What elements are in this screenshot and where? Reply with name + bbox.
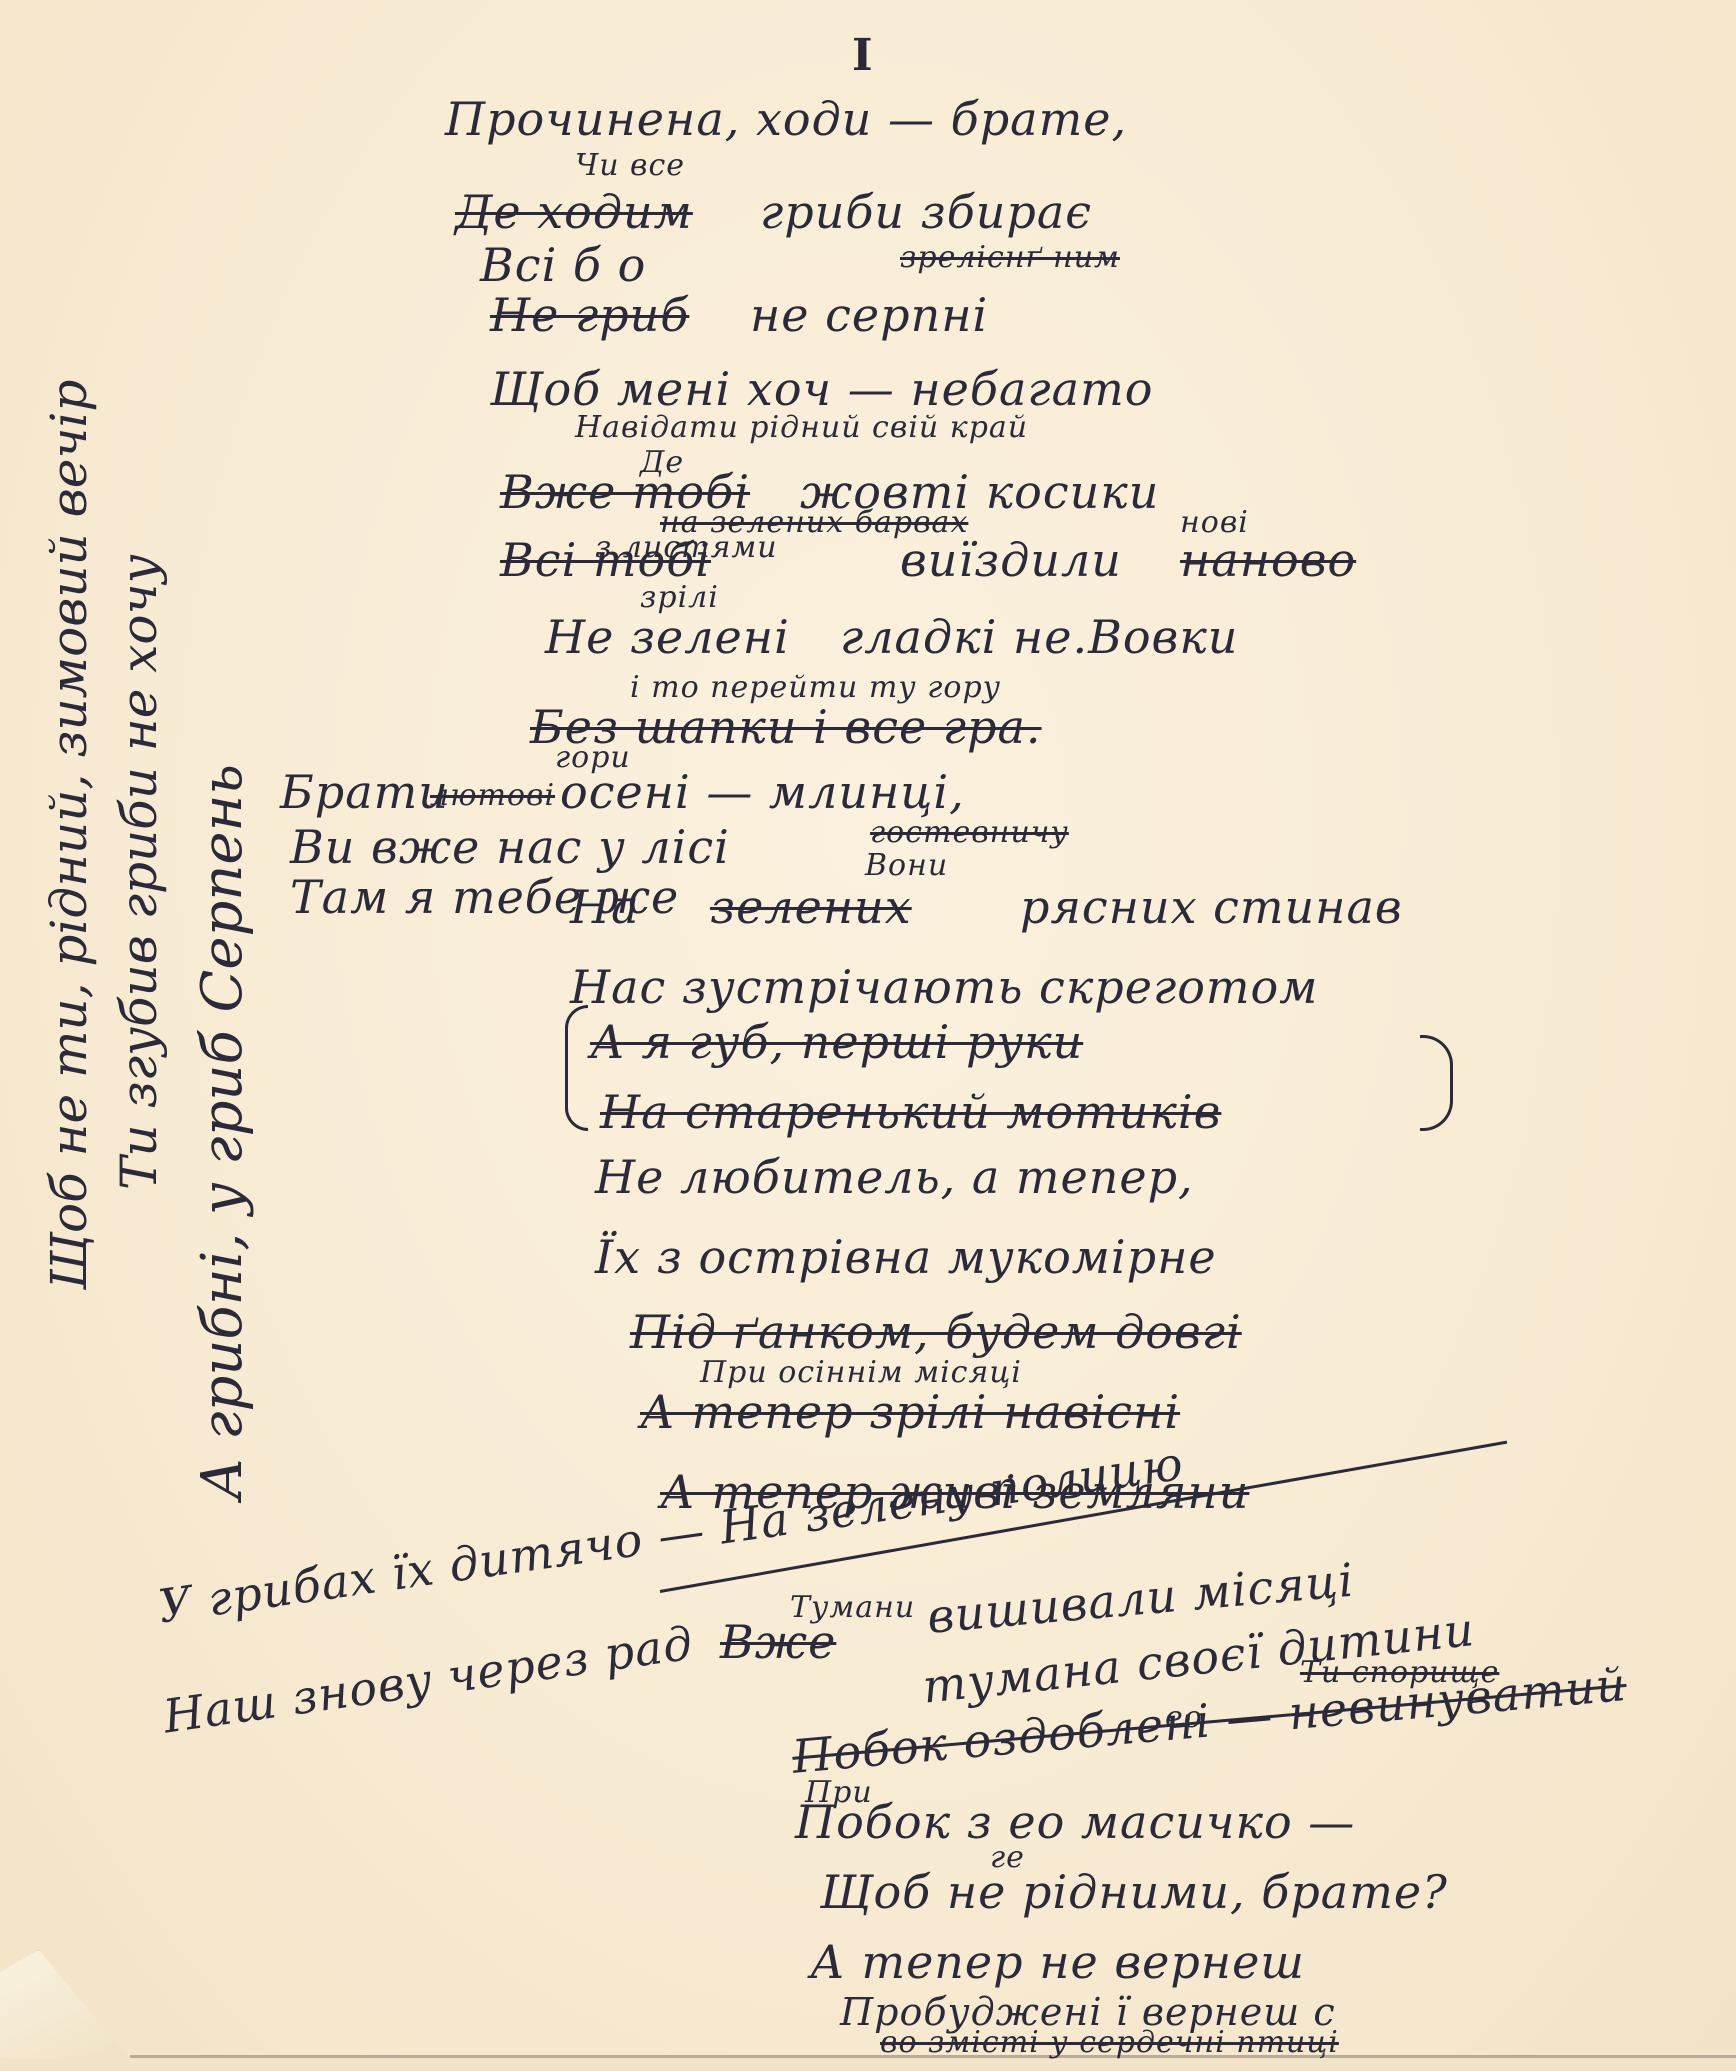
line-9-cont: виїздили: [900, 533, 1122, 587]
line-10: Не зелені: [545, 610, 790, 664]
line-1: Прочинена, ходи — брате,: [445, 92, 1127, 146]
line-32: А тепер не вернеш: [810, 1935, 1305, 1989]
line-31: Щоб не рідними, брате?: [820, 1865, 1448, 1919]
line-2-struck: Де ходим: [455, 185, 693, 239]
line-14: Ви вже нас у лісі: [290, 820, 730, 874]
margin-note-2: Ти згубив гриби не хочу: [110, 554, 168, 1190]
line-3a: Всі б о: [480, 238, 646, 292]
line-2-interlinear: Чи все: [575, 148, 685, 183]
line-3b-struck: зрелієнґ ним: [900, 240, 1120, 275]
line-18-struck: А я губ, перші руки: [590, 1015, 1083, 1069]
line-16: На: [570, 880, 640, 934]
line-15-struck: гостевничу: [870, 815, 1069, 850]
right-bracket: [1420, 1035, 1453, 1131]
line-22-struck: Під ґанком, будем довгі: [630, 1305, 1242, 1359]
line-10-cont: гладкі не.Вовки: [840, 610, 1238, 664]
line-15-insert: Вони: [865, 848, 948, 883]
line-4b: не серпні: [750, 288, 988, 342]
line-17: Нас зустрічають скреготом: [570, 960, 1318, 1014]
line-16-cont: рясних стинав: [1020, 880, 1403, 934]
margin-note-1: Щоб не ти, рідний, зимовий вечір: [40, 380, 98, 1290]
background-below-paper: [0, 2058, 1736, 2071]
line-19-struck: На старенький мотиків: [600, 1085, 1221, 1139]
line-6-interlinear: Навідати рідний свій край: [575, 410, 1028, 445]
line-9-struck-end: наново: [1180, 533, 1356, 587]
line-24-struck: А тепер зрілі навісні: [640, 1385, 1180, 1439]
line-21: Їх з острівна мукомірне: [595, 1230, 1217, 1284]
line-16-struck: зелених: [710, 880, 912, 934]
line-13: Брати: [280, 765, 449, 819]
margin-note-3: А грибні, у гриб Серпень: [190, 764, 255, 1500]
line-2-cont: гриби збирає: [760, 185, 1092, 239]
section-number: I: [852, 30, 874, 81]
line-9-struck: Всі тобі: [500, 533, 711, 587]
line-5: Щоб мені хоч — небагато: [490, 362, 1153, 416]
left-bracket: [565, 1005, 588, 1131]
line-13-struck: лютові: [430, 778, 555, 813]
line-27-struck: Вже: [720, 1615, 836, 1669]
line-20: Не любитель, а тепер,: [595, 1150, 1194, 1204]
line-4a-struck: Не гриб: [490, 288, 689, 342]
line-13-cont: осені — млинці,: [560, 765, 965, 819]
line-30: Побок з ео масичко —: [795, 1795, 1355, 1849]
line-34-struck: во змісті у сердечні птиці: [880, 2025, 1339, 2060]
